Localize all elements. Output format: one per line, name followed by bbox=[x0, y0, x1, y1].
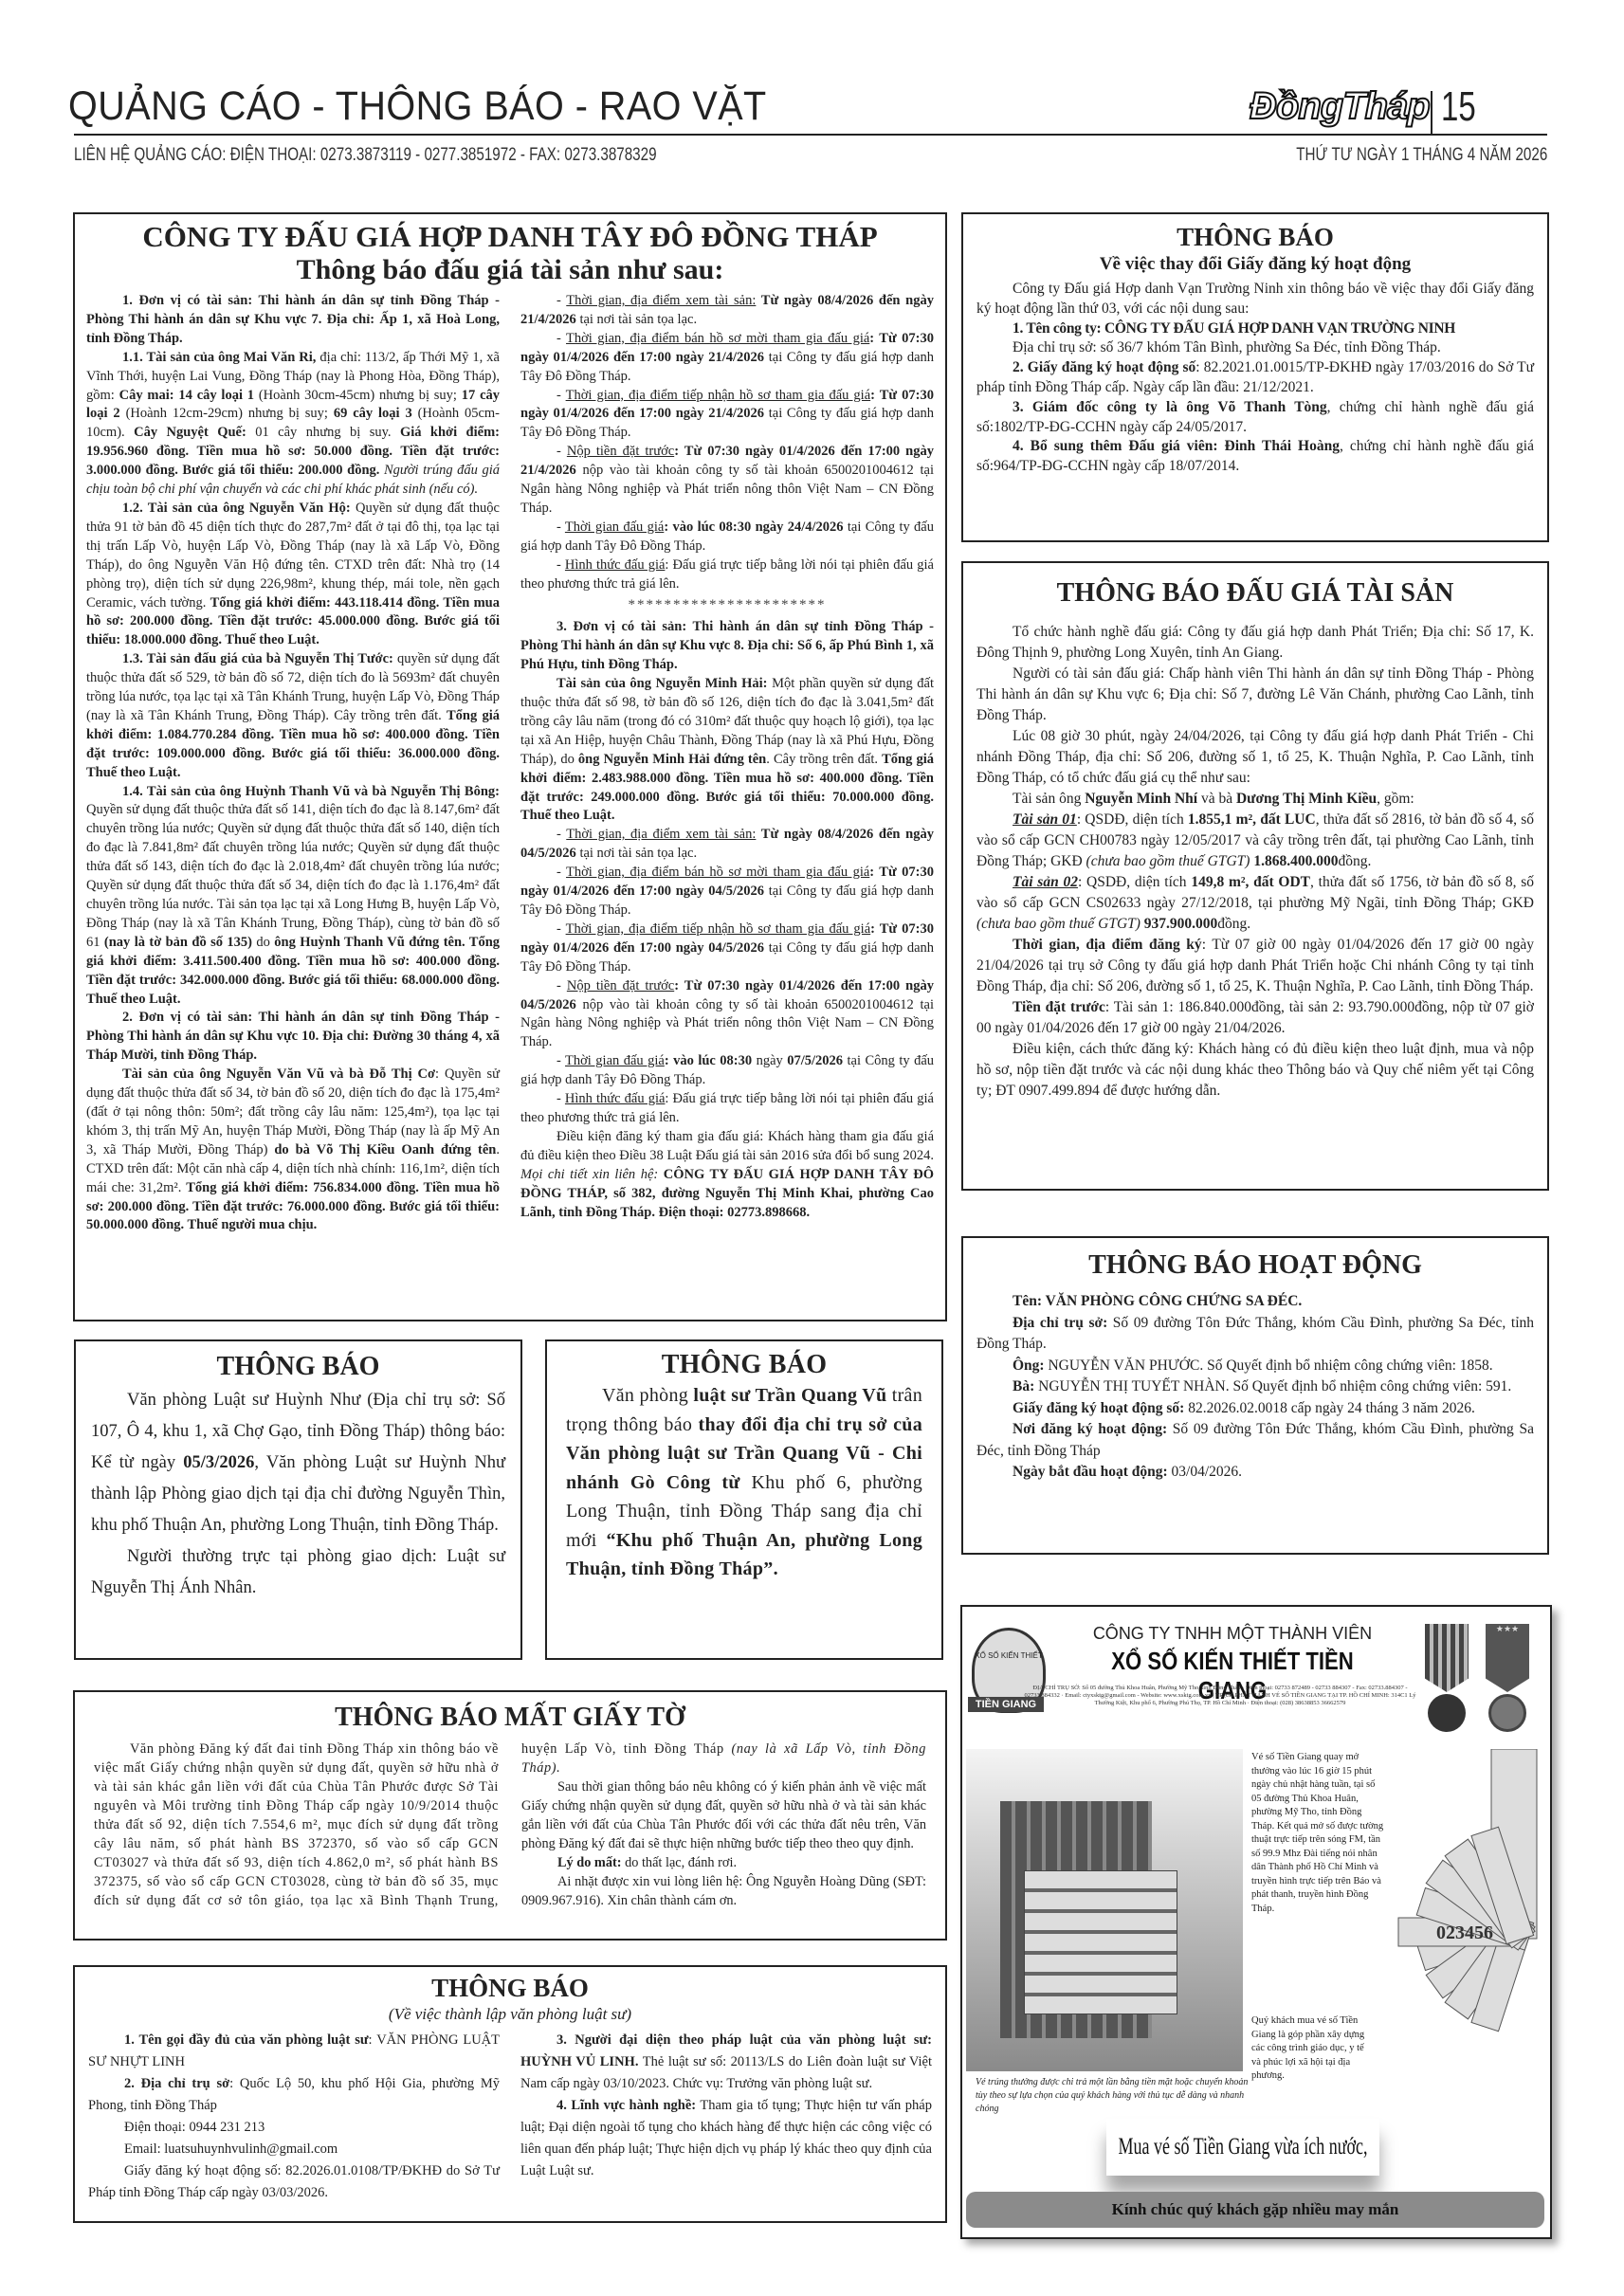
section-title: QUẢNG CÁO - THÔNG BÁO - RAO VẶT bbox=[68, 83, 767, 130]
legal-representative: 3. Người đại diện theo pháp luật của văn… bbox=[520, 2030, 932, 2095]
asset-unit-3: 3. Đơn vị có tài sản: Thi hành án dân sự… bbox=[520, 618, 934, 675]
notary-activity-notice: THÔNG BÁO HOẠT ĐỘNG Tên: VĂN PHÒNG CÔNG … bbox=[961, 1236, 1549, 1555]
notice-title: THÔNG BÁO HOẠT ĐỘNG bbox=[976, 1246, 1534, 1285]
schedule-view-1: - Thời gian, địa điểm xem tài sản: Từ ng… bbox=[520, 292, 934, 330]
ad-contact-line: LIÊN HỆ QUẢNG CÁO: ĐIỆN THOẠI: 0273.3873… bbox=[74, 145, 657, 166]
schedule-receive-3: - Thời gian, địa điểm tiếp nhận hồ sơ th… bbox=[520, 920, 934, 977]
office-name: Tên: VĂN PHÒNG CÔNG CHỨNG SA ĐÉC. bbox=[976, 1291, 1534, 1313]
schedule-auction-time-3: - Thời gian đấu giá: vào lúc 08:30 ngày … bbox=[520, 1052, 934, 1090]
office-address: Địa chỉ trụ sở: Số 09 đường Tôn Đức Thắn… bbox=[976, 1313, 1534, 1356]
notice-subtitle: Thông báo đấu giá tài sản như sau: bbox=[86, 254, 934, 286]
notice-title: THÔNG BÁO MẤT GIẤY TỜ bbox=[94, 1700, 926, 1736]
notice-body: Văn phòng Luật sư Huỳnh Như (Địa chỉ trụ… bbox=[91, 1385, 505, 1541]
header-rule bbox=[74, 134, 1547, 136]
issue-date: THỨ TƯ NGÀY 1 THÁNG 4 NĂM 2026 bbox=[1296, 145, 1547, 166]
follow-up-procedure: Sau thời gian thông báo nêu không có ý k… bbox=[521, 1777, 926, 1853]
start-date: Ngày bắt đầu hoạt động: 03/04/2026. bbox=[976, 1462, 1534, 1484]
asset-unit-2: 2. Đơn vị có tài sản: Thi hành án dân sự… bbox=[86, 1009, 500, 1066]
registration-conditions: Điều kiện, cách thức đăng ký: Khách hàng… bbox=[976, 1039, 1534, 1102]
schedule-receive-1: - Thời gian, địa điểm tiếp nhận hồ sơ th… bbox=[520, 387, 934, 444]
lost-documents-notice: THÔNG BÁO MẤT GIẤY TỜ Văn phòng Đăng ký … bbox=[73, 1690, 947, 1941]
schedule-form-3: - Hình thức đấu giá: Đấu giá trực tiếp b… bbox=[520, 1090, 934, 1128]
asset-1-3: 1.3. Tài sản đấu giá của bà Nguyễn Thị T… bbox=[86, 650, 500, 782]
notice-title: THÔNG BÁO bbox=[566, 1349, 922, 1381]
masthead-divider bbox=[1431, 91, 1432, 135]
asset-1-2: 1.2. Tài sản của ông Nguyễn Văn Hộ: Quyề… bbox=[86, 500, 500, 650]
practice-areas: 4. Lĩnh vực hành nghề: Tham gia tố tụng;… bbox=[520, 2095, 932, 2182]
notice-subtitle: Về việc thay đổi Giấy đăng ký hoạt động bbox=[976, 252, 1534, 277]
company-address: Địa chỉ trụ sở: số 36/7 khóm Tân Bình, p… bbox=[976, 338, 1534, 358]
good-luck-footer: Kính chúc quý khách gặp nhiều may mắn bbox=[966, 2192, 1544, 2228]
schedule-deposit-3: - Nộp tiền đặt trước: Từ 07:30 ngày 01/4… bbox=[520, 977, 934, 1053]
huynh-nhu-law-office-notice: THÔNG BÁO Văn phòng Luật sư Huỳnh Như (Đ… bbox=[74, 1339, 522, 1660]
director-item: 3. Giám đốc công ty là ông Võ Thanh Tòng… bbox=[976, 398, 1534, 438]
slogan-banner: Mua vé số Tiền Giang vừa ích nước, vừa l… bbox=[1106, 2119, 1379, 2176]
registration-number: Giấy đăng ký hoạt động số: 82.2026.02.00… bbox=[976, 1398, 1534, 1420]
tien-giang-lottery-ad: XỔ SỐ KIẾN THIẾT TIỀN GIANG CÔNG TY TNHH… bbox=[960, 1605, 1552, 2239]
notice-column-right: 3. Người đại diện theo pháp luật của văn… bbox=[520, 2030, 932, 2204]
asset-owners: Tài sản ông Nguyễn Minh Nhí và bà Dương … bbox=[976, 789, 1534, 810]
medal-icon bbox=[1425, 1624, 1469, 1736]
masthead-logo: ĐồngTháp bbox=[1250, 85, 1430, 128]
van-truong-ninh-notice: THÔNG BÁO Về việc thay đổi Giấy đăng ký … bbox=[961, 212, 1549, 542]
asset-owner-agency: Người có tài sản đấu giá: Chấp hành viên… bbox=[976, 664, 1534, 726]
office-full-name: 1. Tên gọi đầy đủ của văn phòng luật sư:… bbox=[88, 2030, 500, 2073]
schedule-auction-time-1: - Thời gian đấu giá: vào lúc 08:30 ngày … bbox=[520, 519, 934, 556]
loss-reason: Lý do mất: do thất lạc, đánh rơi. bbox=[521, 1853, 926, 1872]
schedule-view-3: - Thời gian, địa điểm xem tài sản: Từ ng… bbox=[520, 826, 934, 864]
payout-caption: Vé trúng thưởng được chi trả một lần bằn… bbox=[976, 2076, 1250, 2116]
registration-schedule: Thời gian, địa điểm đăng ký: Từ 07 giờ 0… bbox=[976, 935, 1534, 997]
office-email: Email: luatsuhuynhvulinh@gmail.com bbox=[88, 2139, 500, 2160]
contribution-text: Quý khách mua vé số Tiền Giang là góp ph… bbox=[1251, 2014, 1365, 2084]
company-name-item: 1. Tên công ty: CÔNG TY ĐẤU GIÁ HỢP DANH… bbox=[976, 319, 1534, 339]
auction-time-place: Lúc 08 giờ 30 phút, ngày 24/04/2026, tại… bbox=[976, 726, 1534, 789]
on-duty-lawyer: Người thường trực tại phòng giao dịch: L… bbox=[91, 1541, 505, 1604]
schedule-sell-1: - Thời gian, địa điểm bán hồ sơ mời tham… bbox=[520, 330, 934, 387]
page-number: 15 bbox=[1441, 83, 1476, 131]
schedule-deposit-1: - Nộp tiền đặt trước: Từ 07:30 ngày 01/4… bbox=[520, 443, 934, 519]
notice-column-left: 1. Đơn vị có tài sản: Thi hành án dân sự… bbox=[86, 292, 500, 1235]
notice-title: THÔNG BÁO bbox=[976, 222, 1534, 252]
draw-schedule-text: Vé số Tiền Giang quay mở thưởng vào lúc … bbox=[1251, 1751, 1384, 1916]
asset-1-4: 1.4. Tài sản của ông Huỳnh Thanh Vũ và b… bbox=[86, 783, 500, 1010]
schedule-sell-3: - Thời gian, địa điểm bán hồ sơ mời tham… bbox=[520, 864, 934, 920]
notice-title: CÔNG TY ĐẤU GIÁ HỢP DANH TÂY ĐÔ ĐỒNG THÁ… bbox=[86, 220, 934, 254]
notice-title: THÔNG BÁO ĐẤU GIÁ TÀI SẢN bbox=[976, 571, 1534, 616]
nhut-linh-law-office-notice: THÔNG BÁO (Về việc thành lập văn phòng l… bbox=[73, 1965, 947, 2223]
notice-body: Văn phòng luật sư Trần Quang Vũ trân trọ… bbox=[566, 1381, 922, 1584]
office-registration: Giấy đăng ký hoạt động số: 82.2026.01.01… bbox=[88, 2160, 500, 2204]
ticket-fan-graphic: 023456 bbox=[1379, 1749, 1541, 2100]
deposit-info: Tiền đặt trước: Tài sản 1: 186.840.000đồ… bbox=[976, 997, 1534, 1039]
finder-contact: Ai nhặt được xin vui lòng liên hệ: Ông N… bbox=[521, 1872, 926, 1910]
notice-column-right: - Thời gian, địa điểm xem tài sản: Từ ng… bbox=[520, 292, 934, 1235]
building-graphic bbox=[1024, 1870, 1177, 2014]
notary-1: Ông: NGUYỄN VĂN PHƯỚC. Số Quyết định bổ … bbox=[976, 1356, 1534, 1377]
asset-2: Tài sản của ông Nguyễn Văn Vũ và bà Đỗ T… bbox=[86, 1066, 500, 1235]
notice-columns: Văn phòng Đăng ký đất đai tỉnh Đồng Tháp… bbox=[94, 1740, 926, 1910]
schedule-form-1: - Hình thức đấu giá: Đấu giá trực tiếp b… bbox=[520, 556, 934, 594]
notice-title: THÔNG BÁO bbox=[88, 1973, 932, 2003]
asset-01: Tài sản 01: QSDĐ, diện tích 1.855,1 m², … bbox=[976, 810, 1534, 872]
asset-1-1: 1.1. Tài sản của ông Mai Văn Ri, địa chỉ… bbox=[86, 349, 500, 500]
registration-place: Nơi đăng ký hoạt động: Số 09 đường Tôn Đ… bbox=[976, 1419, 1534, 1462]
office-phone: Điện thoại: 0944 231 213 bbox=[88, 2117, 500, 2139]
registration-item: 2. Giấy đăng ký hoạt động số: 82.2021.01… bbox=[976, 358, 1534, 398]
auction-organization: Tổ chức hành nghề đấu giá: Công ty đấu g… bbox=[976, 622, 1534, 664]
asset-3: Tài sản của ông Nguyễn Minh Hải: Một phầ… bbox=[520, 675, 934, 826]
notice-subtitle: (Về việc thành lập văn phòng luật sư) bbox=[88, 2003, 932, 2026]
medal-icon: ★★★ bbox=[1486, 1624, 1529, 1736]
notice-column-left: 1. Tên gọi đầy đủ của văn phòng luật sư:… bbox=[88, 2030, 500, 2204]
office-address: 2. Địa chỉ trụ sở: Quốc Lộ 50, khu phố H… bbox=[88, 2073, 500, 2117]
tran-quang-vu-law-office-notice: THÔNG BÁO Văn phòng luật sư Trần Quang V… bbox=[545, 1339, 943, 1660]
company-type: CÔNG TY TNHH MỘT THÀNH VIÊN bbox=[1052, 1624, 1413, 1644]
notice-title: THÔNG BÁO bbox=[91, 1351, 505, 1383]
phat-trien-auction-notice: THÔNG BÁO ĐẤU GIÁ TÀI SẢN Tổ chức hành n… bbox=[961, 561, 1549, 1191]
auction-conditions: Điều kiện đăng ký tham gia đấu giá: Khác… bbox=[520, 1128, 934, 1223]
company-addresses: ĐỊA CHỈ TRỤ SỞ: Số 05 đường Thủ Khoa Huâ… bbox=[1021, 1685, 1419, 1707]
asset-unit-1: 1. Đơn vị có tài sản: Thi hành án dân sự… bbox=[86, 292, 500, 349]
asset-02: Tài sản 02: QSDĐ, diện tích 149,8 m², đấ… bbox=[976, 872, 1534, 935]
notice-intro: Công ty Đấu giá Hợp danh Vạn Trường Ninh… bbox=[976, 280, 1534, 319]
svg-text:023456: 023456 bbox=[1436, 1922, 1493, 1943]
tay-do-auction-notice: CÔNG TY ĐẤU GIÁ HỢP DANH TÂY ĐÔ ĐỒNG THÁ… bbox=[73, 212, 947, 1321]
notary-2: Bà: NGUYỄN THỊ TUYẾT NHÀN. Số Quyết định… bbox=[976, 1376, 1534, 1398]
section-separator: ********************** bbox=[520, 596, 934, 615]
auctioneer-item: 4. Bổ sung thêm Đấu giá viên: Đinh Thái … bbox=[976, 437, 1534, 477]
